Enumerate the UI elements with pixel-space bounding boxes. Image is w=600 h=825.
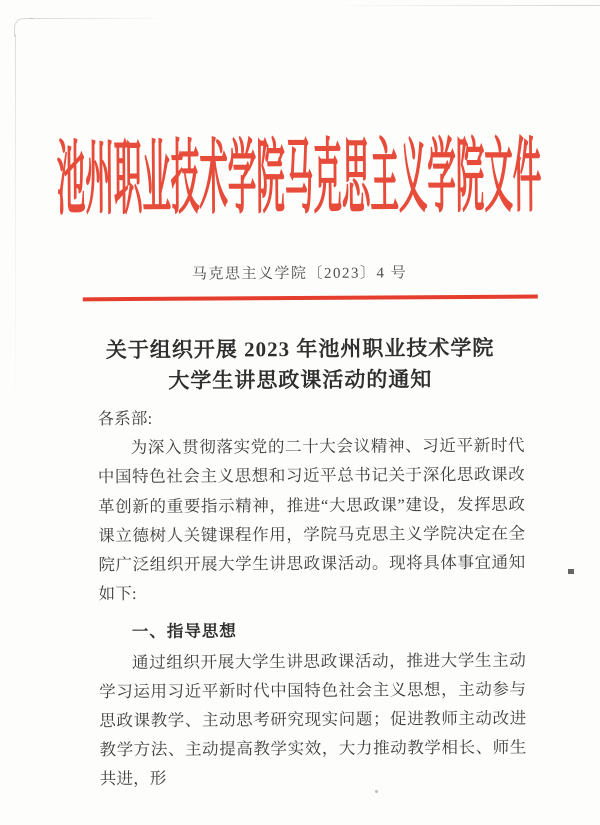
notice-title: 关于组织开展 2023 年池州职业技术学院 大学生讲思政课活动的通知 — [0, 332, 600, 398]
document-content: 池州职业技术学院马克思主义学院文件 马克思主义学院〔2023〕4 号 关于组织开… — [0, 0, 600, 825]
scan-speck-artifact — [375, 790, 378, 793]
document-number: 马克思主义学院〔2023〕4 号 — [0, 262, 600, 287]
letterhead-org-title: 池州职业技术学院马克思主义学院文件 — [56, 109, 541, 232]
section-heading-guiding-ideology: 一、指导思想 — [99, 616, 526, 648]
letterhead: 池州职业技术学院马克思主义学院文件 — [0, 116, 599, 224]
scan-speck-artifact — [568, 569, 574, 574]
notice-title-line2: 大学生讲思政课活动的通知 — [0, 363, 600, 398]
paragraph-intro: 为深入贯彻落实党的二十大会议精神、习近平新时代中国特色社会主义思想和习近平总书记… — [98, 431, 526, 609]
notice-body: 各系部: 为深入贯彻落实党的二十大会议精神、习近平新时代中国特色社会主义思想和习… — [97, 402, 526, 794]
salutation: 各系部: — [97, 402, 524, 434]
red-separator-rule — [83, 295, 538, 302]
scanned-document-page: 池州职业技术学院马克思主义学院文件 马克思主义学院〔2023〕4 号 关于组织开… — [0, 0, 600, 825]
paragraph-guiding-ideology: 通过组织开展大学生讲思政课活动，推进大学生主动学习运用习近平新时代中国特色社会主… — [99, 645, 527, 794]
notice-title-line1: 关于组织开展 2023 年池州职业技术学院 — [0, 332, 600, 367]
